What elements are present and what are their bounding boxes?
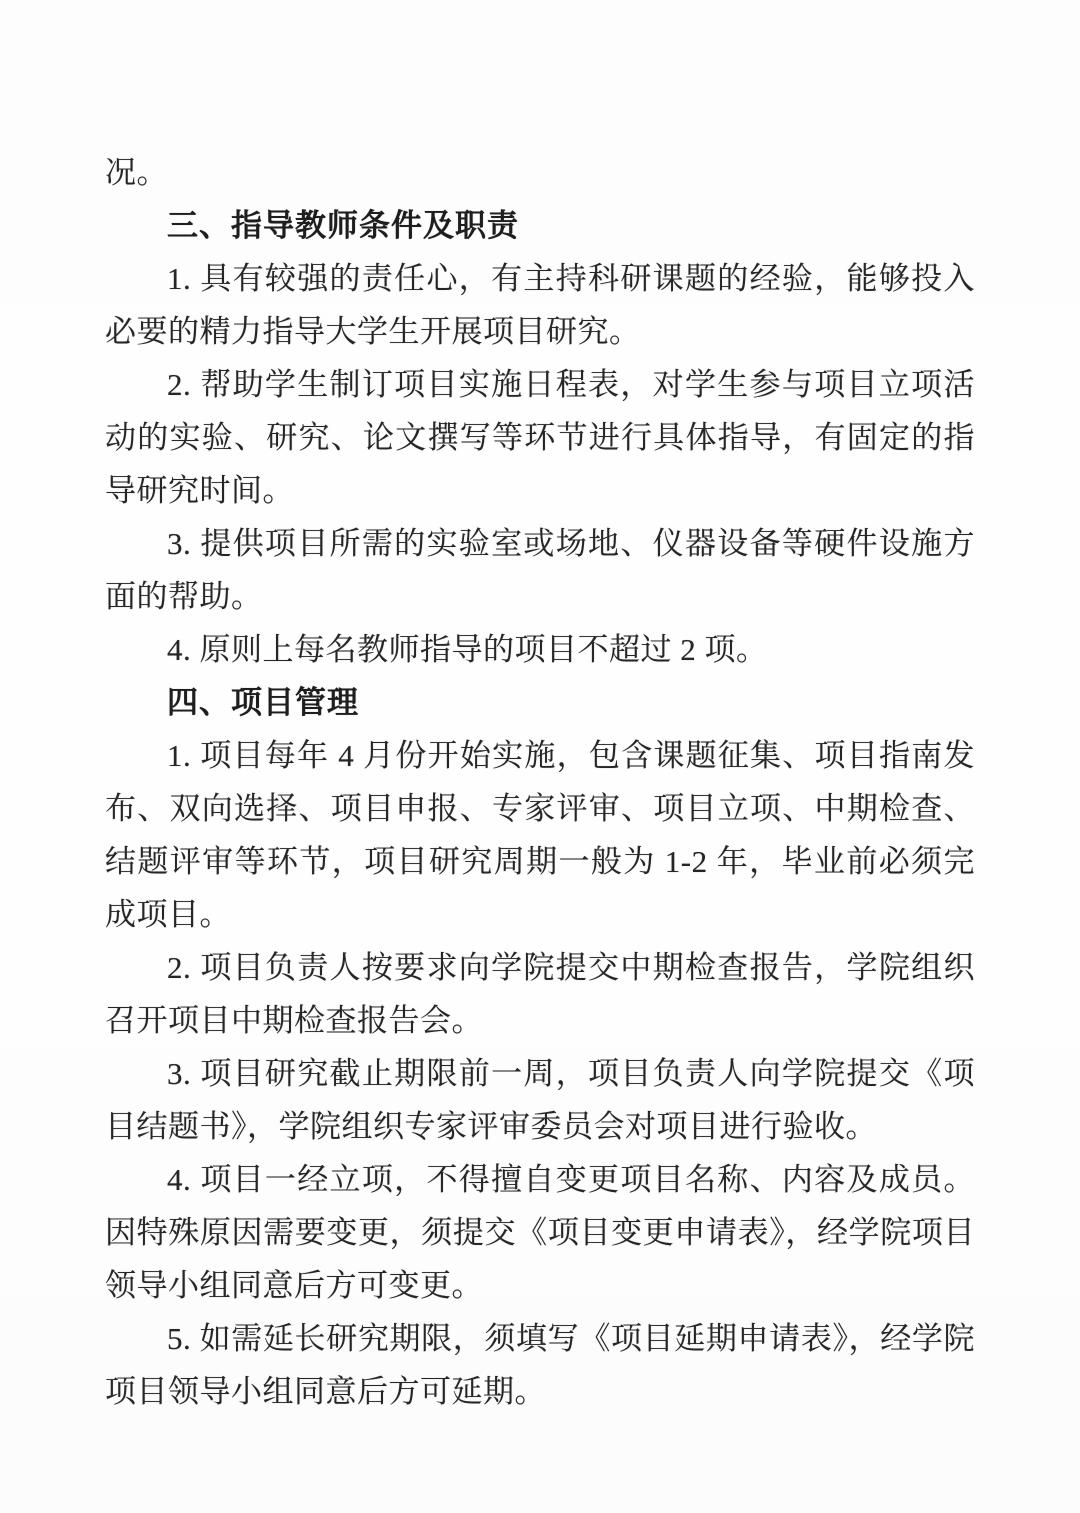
document-page: 况。 三、指导教师条件及职责 1. 具有较强的责任心，有主持科研课题的经验，能够… <box>0 0 1080 1513</box>
paragraph-management-item-1: 1. 项目每年 4 月份开始实施，包含课题征集、项目指南发布、双向选择、项目申报… <box>105 729 975 941</box>
paragraph-management-item-2: 2. 项目负责人按要求向学院提交中期检查报告，学院组织召开项目中期检查报告会。 <box>105 941 975 1047</box>
paragraph-management-item-3: 3. 项目研究截止期限前一周，项目负责人向学院提交《项目结题书》，学院组织专家评… <box>105 1047 975 1153</box>
section-heading-project-management: 四、项目管理 <box>105 676 975 729</box>
paragraph-continuation: 况。 <box>105 146 975 199</box>
section-heading-supervisor-duties: 三、指导教师条件及职责 <box>105 199 975 252</box>
paragraph-supervisor-item-4: 4. 原则上每名教师指导的项目不超过 2 项。 <box>105 623 975 676</box>
paragraph-management-item-5: 5. 如需延长研究期限，须填写《项目延期申请表》，经学院项目领导小组同意后方可延… <box>105 1312 975 1418</box>
paragraph-supervisor-item-1: 1. 具有较强的责任心，有主持科研课题的经验，能够投入必要的精力指导大学生开展项… <box>105 252 975 358</box>
paragraph-supervisor-item-3: 3. 提供项目所需的实验室或场地、仪器设备等硬件设施方面的帮助。 <box>105 517 975 623</box>
paragraph-supervisor-item-2: 2. 帮助学生制订项目实施日程表，对学生参与项目立项活动的实验、研究、论文撰写等… <box>105 358 975 517</box>
paragraph-management-item-4: 4. 项目一经立项，不得擅自变更项目名称、内容及成员。因特殊原因需要变更，须提交… <box>105 1153 975 1312</box>
document-body: 况。 三、指导教师条件及职责 1. 具有较强的责任心，有主持科研课题的经验，能够… <box>105 146 975 1418</box>
